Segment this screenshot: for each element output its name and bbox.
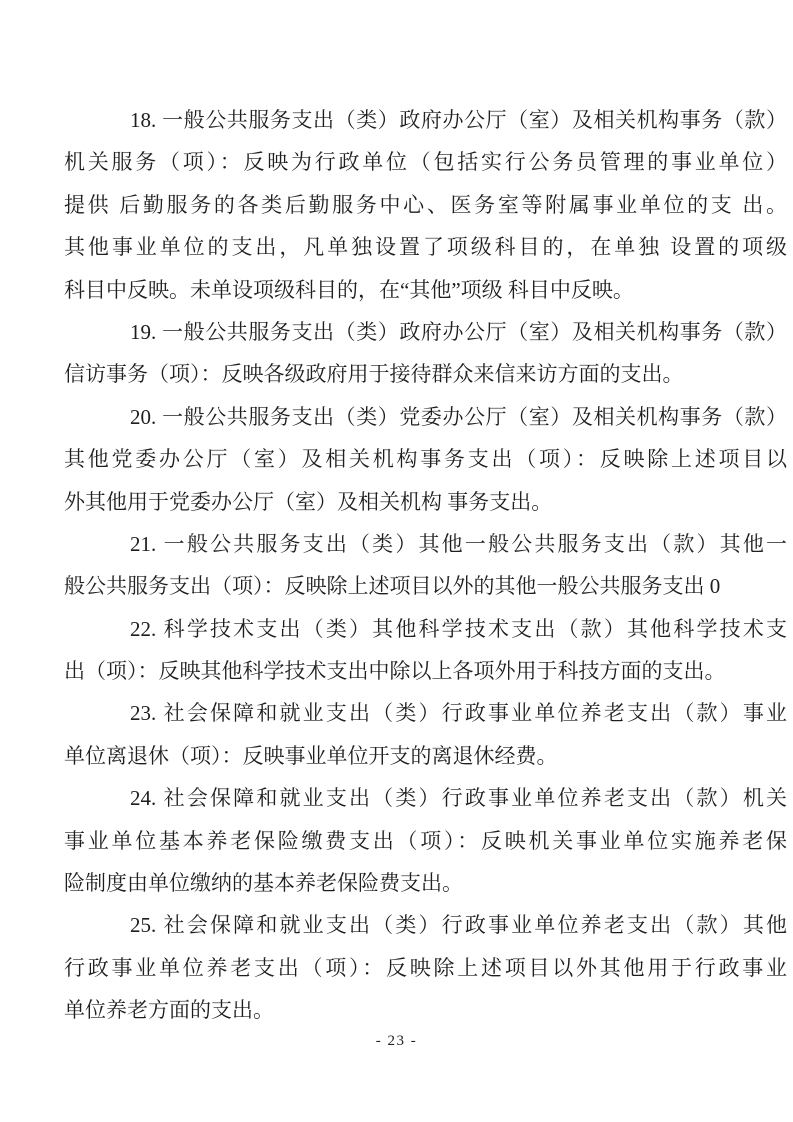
page-number: - 23 - xyxy=(0,1033,793,1050)
text-line: 险制度由单位缴纳的基本养老保险费支出。 xyxy=(64,862,787,904)
text-line: 提供 后勤服务的各类后勤服务中心、医务室等附属事业单位的支 出。 xyxy=(64,184,787,226)
text-line: 信访事务（项）：反映各级政府用于接待群众来信来访方面的支出。 xyxy=(64,353,787,395)
paragraph-21: 21. 一般公共服务支出（类）其他一般公共服务支出（款）其他一 般公共服务支出（… xyxy=(64,523,787,608)
text-line: 19. 一般公共服务支出（类）政府办公厅（室）及相关机构事务（款） xyxy=(64,311,787,353)
text-line: 单位养老方面的支出。 xyxy=(64,989,787,1031)
text-line: 25. 社会保障和就业支出（类）行政事业单位养老支出（款）其他 xyxy=(64,904,787,946)
text-line: 事业单位基本养老保险缴费支出（项）：反映机关事业单位实施养老保 xyxy=(64,820,787,862)
text-line: 般公共服务支出（项）：反映除上述项目以外的其他一般公共服务支出 0 xyxy=(64,565,787,607)
text-line: 其他党委办公厅（室）及相关机构事务支出（项）：反映除上述项目以 xyxy=(64,438,787,480)
document-page: 18. 一般公共服务支出（类）政府办公厅（室）及相关机构事务（款） 机关服务（项… xyxy=(0,0,793,1122)
text-line: 外其他用于党委办公厅（室）及相关机构 事务支出。 xyxy=(64,481,787,523)
paragraph-23: 23. 社会保障和就业支出（类）行政事业单位养老支出（款）事业 单位离退休（项）… xyxy=(64,692,787,777)
paragraph-24: 24. 社会保障和就业支出（类）行政事业单位养老支出（款）机关 事业单位基本养老… xyxy=(64,777,787,904)
text-line: 21. 一般公共服务支出（类）其他一般公共服务支出（款）其他一 xyxy=(64,523,787,565)
text-line: 机关服务（项）：反映为行政单位（包括实行公务员管理的事业单位） xyxy=(64,141,787,183)
paragraph-22: 22. 科学技术支出（类）其他科学技术支出（款）其他科学技术支 出（项）：反映其… xyxy=(64,608,787,693)
paragraph-18: 18. 一般公共服务支出（类）政府办公厅（室）及相关机构事务（款） 机关服务（项… xyxy=(64,99,787,311)
text-line: 18. 一般公共服务支出（类）政府办公厅（室）及相关机构事务（款） xyxy=(64,99,787,141)
text-line: 科目中反映。未单设项级科目的，在“其他”项级 科目中反映。 xyxy=(64,269,787,311)
text-line: 出（项）：反映其他科学技术支出中除以上各项外用于科技方面的支出。 xyxy=(64,650,787,692)
text-line: 24. 社会保障和就业支出（类）行政事业单位养老支出（款）机关 xyxy=(64,777,787,819)
paragraph-25: 25. 社会保障和就业支出（类）行政事业单位养老支出（款）其他 行政事业单位养老… xyxy=(64,904,787,1031)
text-line: 22. 科学技术支出（类）其他科学技术支出（款）其他科学技术支 xyxy=(64,608,787,650)
paragraph-20: 20. 一般公共服务支出（类）党委办公厅（室）及相关机构事务（款） 其他党委办公… xyxy=(64,396,787,523)
text-line: 其他事业单位的支出，凡单独设置了项级科目的，在单独 设置的项级 xyxy=(64,226,787,268)
document-body: 18. 一般公共服务支出（类）政府办公厅（室）及相关机构事务（款） 机关服务（项… xyxy=(64,99,787,1032)
text-line: 23. 社会保障和就业支出（类）行政事业单位养老支出（款）事业 xyxy=(64,692,787,734)
text-line: 行政事业单位养老支出（项）：反映除上述项目以外其他用于行政事业 xyxy=(64,947,787,989)
paragraph-19: 19. 一般公共服务支出（类）政府办公厅（室）及相关机构事务（款） 信访事务（项… xyxy=(64,311,787,396)
text-line: 单位离退休（项）：反映事业单位开支的离退休经费。 xyxy=(64,735,787,777)
text-line: 20. 一般公共服务支出（类）党委办公厅（室）及相关机构事务（款） xyxy=(64,396,787,438)
